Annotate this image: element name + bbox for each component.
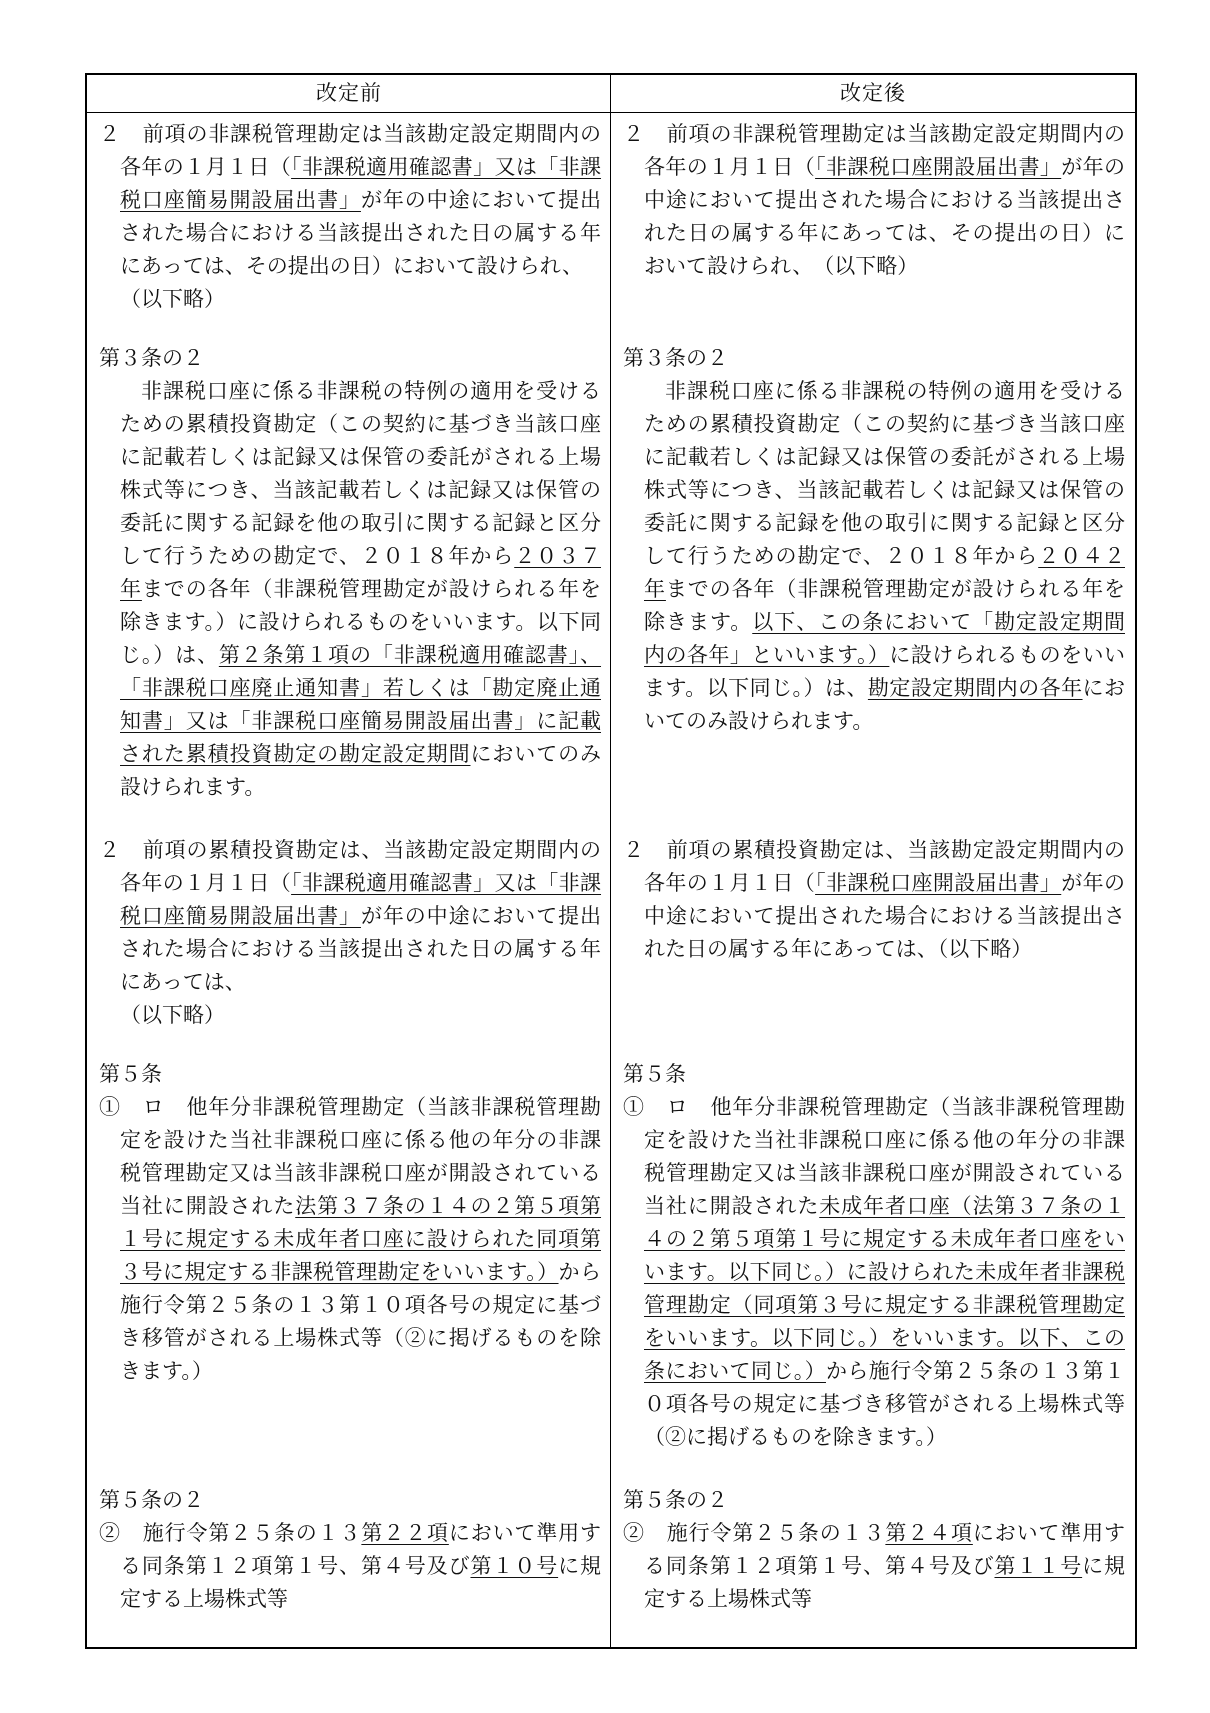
row-article5-2-heading: 第５条の２ 第５条の２ <box>87 1484 1135 1517</box>
article-heading: 第３条の２ <box>623 342 1125 375</box>
revised-text-underlined: 「非課税口座開設届出書」 <box>815 155 1061 179</box>
before-article3-2-body: 非課税口座に係る非課税の特例の適用を受けるための累積投資勘定（この契約に基づき当… <box>87 375 611 804</box>
row-article3-2-clause2: ２ 前項の累積投資勘定は、当該勘定設定期間内の各年の１月１日（「非課税適用確認書… <box>87 834 1135 1032</box>
row-article3-2-body: 非課税口座に係る非課税の特例の適用を受けるための累積投資勘定（この契約に基づき当… <box>87 375 1135 804</box>
article-heading: 第３条の２ <box>99 342 601 375</box>
header-before: 改定前 <box>87 75 611 112</box>
after-article3-2-body: 非課税口座に係る非課税の特例の適用を受けるための累積投資勘定（この契約に基づき当… <box>611 375 1135 804</box>
text-segment: 非課税口座に係る非課税の特例の適用を受けるための累積投資勘定（この契約に基づき当… <box>644 379 1125 568</box>
row-article5-item: ① ロ 他年分非課税管理勘定（当該非課税管理勘定を設けた当社非課税口座に係る他の… <box>87 1091 1135 1454</box>
list-item-paragraph: ② 施行令第２５条の１３第２２項において準用する同条第１２項第１号、第４号及び第… <box>99 1517 601 1616</box>
before-article5-item: ① ロ 他年分非課税管理勘定（当該非課税管理勘定を設けた当社非課税口座に係る他の… <box>87 1091 611 1454</box>
revised-text-underlined: 未成年者口座（法第３７条の１４の２第５項第１号に規定する未成年者口座をいいます。… <box>644 1194 1125 1383</box>
header-after: 改定後 <box>611 75 1135 112</box>
after-article3-2-clause2: ２ 前項の累積投資勘定は、当該勘定設定期間内の各年の１月１日（「非課税口座開設届… <box>611 834 1135 1032</box>
clause-paragraph: ２ 前項の累積投資勘定は、当該勘定設定期間内の各年の１月１日（「非課税口座開設届… <box>623 834 1125 966</box>
clause-paragraph: ２ 前項の非課税管理勘定は当該勘定設定期間内の各年の１月１日（「非課税口座開設届… <box>623 118 1125 283</box>
row-article5-heading: 第５条 第５条 <box>87 1058 1135 1091</box>
comparison-table: 改定前 改定後 ２ 前項の非課税管理勘定は当該勘定設定期間内の各年の１月１日（「… <box>85 73 1137 1649</box>
abbrev-note: （以下略） <box>99 283 601 316</box>
after-article5-2-heading: 第５条の２ <box>611 1484 1135 1517</box>
row-article5-2-item: ② 施行令第２５条の１３第２２項において準用する同条第１２項第１号、第４号及び第… <box>87 1517 1135 1616</box>
before-clause2-cell: ２ 前項の非課税管理勘定は当該勘定設定期間内の各年の１月１日（「非課税適用確認書… <box>87 118 611 316</box>
article-body-paragraph: 非課税口座に係る非課税の特例の適用を受けるための累積投資勘定（この契約に基づき当… <box>99 375 601 804</box>
column-divider <box>610 75 611 1647</box>
clause-paragraph: ２ 前項の非課税管理勘定は当該勘定設定期間内の各年の１月１日（「非課税適用確認書… <box>99 118 601 283</box>
article-heading: 第５条の２ <box>623 1484 1125 1517</box>
revised-text-underlined: 第２４項 <box>885 1521 972 1545</box>
after-article5-2-item: ② 施行令第２５条の１３第２４項において準用する同条第１２項第１号、第４号及び第… <box>611 1517 1135 1616</box>
before-article3-2-clause2: ２ 前項の累積投資勘定は、当該勘定設定期間内の各年の１月１日（「非課税適用確認書… <box>87 834 611 1032</box>
list-item-paragraph: ① ロ 他年分非課税管理勘定（当該非課税管理勘定を設けた当社非課税口座に係る他の… <box>99 1091 601 1388</box>
before-article5-2-item: ② 施行令第２５条の１３第２２項において準用する同条第１２項第１号、第４号及び第… <box>87 1517 611 1616</box>
revised-text-underlined: 第１０号 <box>470 1554 558 1578</box>
list-item-paragraph: ② 施行令第２５条の１３第２４項において準用する同条第１２項第１号、第４号及び第… <box>623 1517 1125 1616</box>
revised-text-underlined: 第１１号 <box>994 1554 1082 1578</box>
article-heading: 第５条 <box>99 1058 601 1091</box>
abbrev-note: （以下略） <box>99 999 601 1032</box>
article-body-paragraph: 非課税口座に係る非課税の特例の適用を受けるための累積投資勘定（この契約に基づき当… <box>623 375 1125 738</box>
after-article3-2-heading: 第３条の２ <box>611 342 1135 375</box>
before-article3-2-heading: 第３条の２ <box>87 342 611 375</box>
article-heading: 第５条 <box>623 1058 1125 1091</box>
text-segment: ② 施行令第２５条の１３ <box>99 1521 361 1545</box>
row-article3-2-heading: 第３条の２ 第３条の２ <box>87 342 1135 375</box>
before-article5-2-heading: 第５条の２ <box>87 1484 611 1517</box>
table-header-row: 改定前 改定後 <box>87 75 1135 113</box>
revised-text-underlined: 「非課税口座開設届出書」 <box>815 871 1061 895</box>
revised-text-underlined: 勘定設定期間内の各年 <box>868 676 1083 700</box>
row-clause2: ２ 前項の非課税管理勘定は当該勘定設定期間内の各年の１月１日（「非課税適用確認書… <box>87 118 1135 316</box>
after-article5-item: ① ロ 他年分非課税管理勘定（当該非課税管理勘定を設けた当社非課税口座に係る他の… <box>611 1091 1135 1454</box>
after-clause2-cell: ２ 前項の非課税管理勘定は当該勘定設定期間内の各年の１月１日（「非課税口座開設届… <box>611 118 1135 316</box>
article-heading: 第５条の２ <box>99 1484 601 1517</box>
clause-paragraph: ２ 前項の累積投資勘定は、当該勘定設定期間内の各年の１月１日（「非課税適用確認書… <box>99 834 601 999</box>
text-segment: 非課税口座に係る非課税の特例の適用を受けるための累積投資勘定（この契約に基づき当… <box>120 379 601 568</box>
list-item-paragraph: ① ロ 他年分非課税管理勘定（当該非課税管理勘定を設けた当社非課税口座に係る他の… <box>623 1091 1125 1454</box>
revised-text-underlined: 第２２項 <box>361 1521 448 1545</box>
after-article5-heading: 第５条 <box>611 1058 1135 1091</box>
before-article5-heading: 第５条 <box>87 1058 611 1091</box>
text-segment: ② 施行令第２５条の１３ <box>623 1521 885 1545</box>
